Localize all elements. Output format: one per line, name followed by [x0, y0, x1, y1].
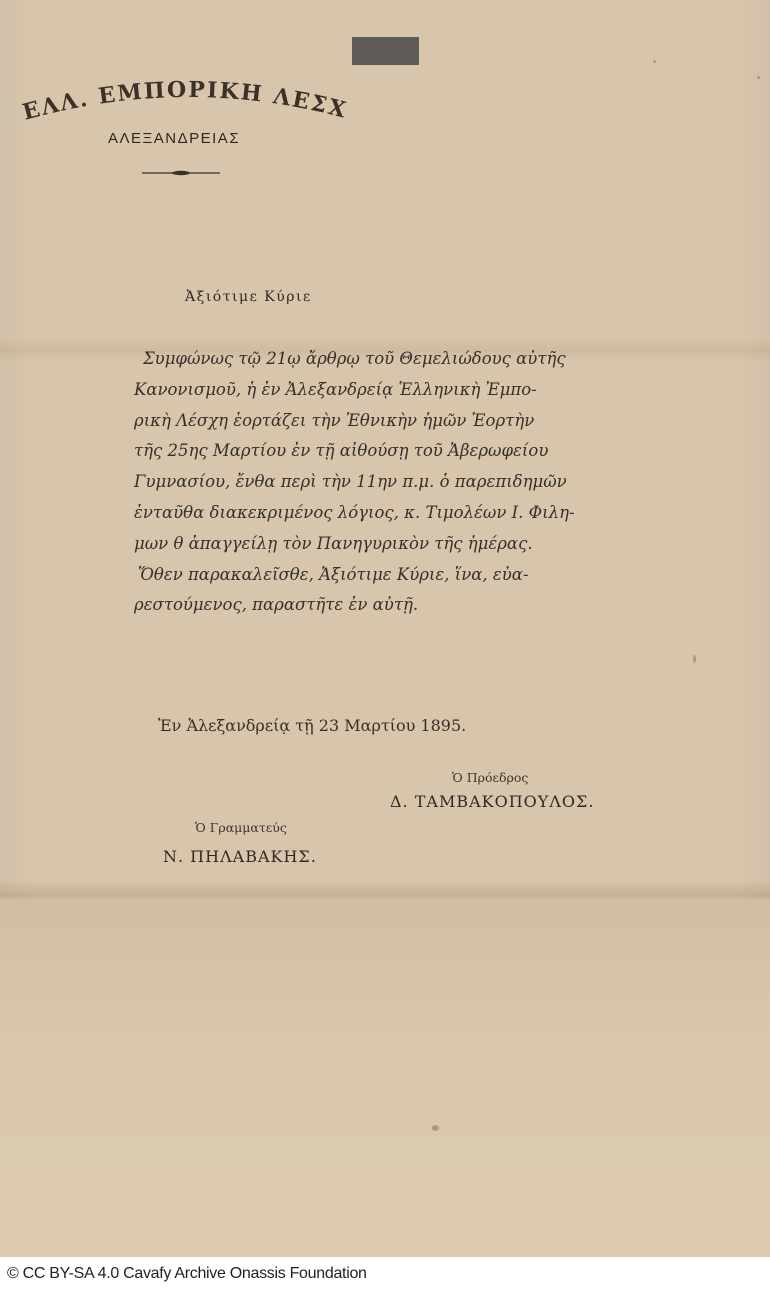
body-line-7: μων θ ἀπαγγείλῃ τὸν Πανηγυρικὸν τῆς ἡμέρ… — [134, 529, 630, 560]
club-name-text: ΕΛΛ. ΕΜΠΟΡΙΚΗ ΛΕΣΧΗ — [9, 60, 351, 126]
paper-lower-fold-area — [0, 900, 770, 1257]
body-line-1: Συμφώνως τῷ 21ῳ ἄρθρῳ τοῦ Θεμελιώδους αὐ… — [140, 344, 630, 375]
secretary-name: Ν. ΠΗΛΑΒΑΚΗΣ. — [163, 847, 317, 866]
president-name: Δ. ΤΑΜΒΑΚΟΠΟΥΛΟΣ. — [390, 792, 594, 811]
paper-spot — [432, 1125, 439, 1131]
body-line-6: ἐνταῦθα διακεκριμένος λόγιος, κ. Τιμολέω… — [134, 498, 630, 529]
secretary-role: Ὁ Γραμματεύς — [195, 820, 287, 835]
city-heading: ΑΛΕΞΑΝΔΡΕΙΑΣ — [108, 130, 240, 147]
body-line-3: ρικὴ Λέσχη ἑορτάζει τὴν Ἐθνικὴν ἡμῶν Ἑορ… — [134, 406, 630, 437]
president-role: Ὁ Πρόεδρος — [452, 770, 528, 785]
club-name-heading: ΕΛΛ. ΕΜΠΟΡΙΚΗ ΛΕΣΧΗ — [20, 80, 360, 130]
letter-body: Συμφώνως τῷ 21ῳ ἄρθρῳ τοῦ Θεμελιώδους αὐ… — [140, 344, 630, 621]
salutation: Ἀξιότιμε Κύριε — [185, 289, 312, 305]
paper-speck — [757, 76, 760, 79]
svg-text:ΕΛΛ. ΕΜΠΟΡΙΚΗ ΛΕΣΧΗ: ΕΛΛ. ΕΜΠΟΡΙΚΗ ΛΕΣΧΗ — [9, 60, 351, 126]
club-name-arc: ΕΛΛ. ΕΜΠΟΡΙΚΗ ΛΕΣΧΗ — [20, 80, 360, 130]
body-line-9: ρεστούμενος, παραστῆτε ἐν αὐτῇ. — [134, 590, 630, 621]
date-line: Ἐν Ἀλεξανδρείᾳ τῇ 23 Μαρτίου 1895. — [158, 716, 466, 735]
paper-speck — [653, 60, 656, 63]
scanned-document-page: ΕΛΛ. ΕΜΠΟΡΙΚΗ ΛΕΣΧΗ ΑΛΕΞΑΝΔΡΕΙΑΣ Ἀξιότιμ… — [0, 0, 770, 1257]
body-line-4: τῆς 25ης Μαρτίου ἐν τῇ αἰθούσῃ τοῦ Ἀβερω… — [134, 436, 630, 467]
ornament-divider — [142, 170, 220, 176]
body-line-5: Γυμνασίου, ἔνθα περὶ τὴν 11ην π.μ. ὁ παρ… — [134, 467, 630, 498]
body-line-2: Κανονισμοῦ, ἡ ἐν Ἀλεξανδρείᾳ Ἑλληνικὴ Ἐμ… — [134, 375, 630, 406]
archive-tab-marker — [352, 37, 419, 65]
body-line-8: Ὅθεν παρακαλεῖσθε, Ἀξιότιμε Κύριε, ἵνα, … — [138, 560, 630, 591]
copyright-notice: © CC BY-SA 4.0 Cavafy Archive Onassis Fo… — [7, 1265, 367, 1283]
ink-mark — [693, 655, 696, 663]
footer-bar: © CC BY-SA 4.0 Cavafy Archive Onassis Fo… — [0, 1257, 770, 1295]
